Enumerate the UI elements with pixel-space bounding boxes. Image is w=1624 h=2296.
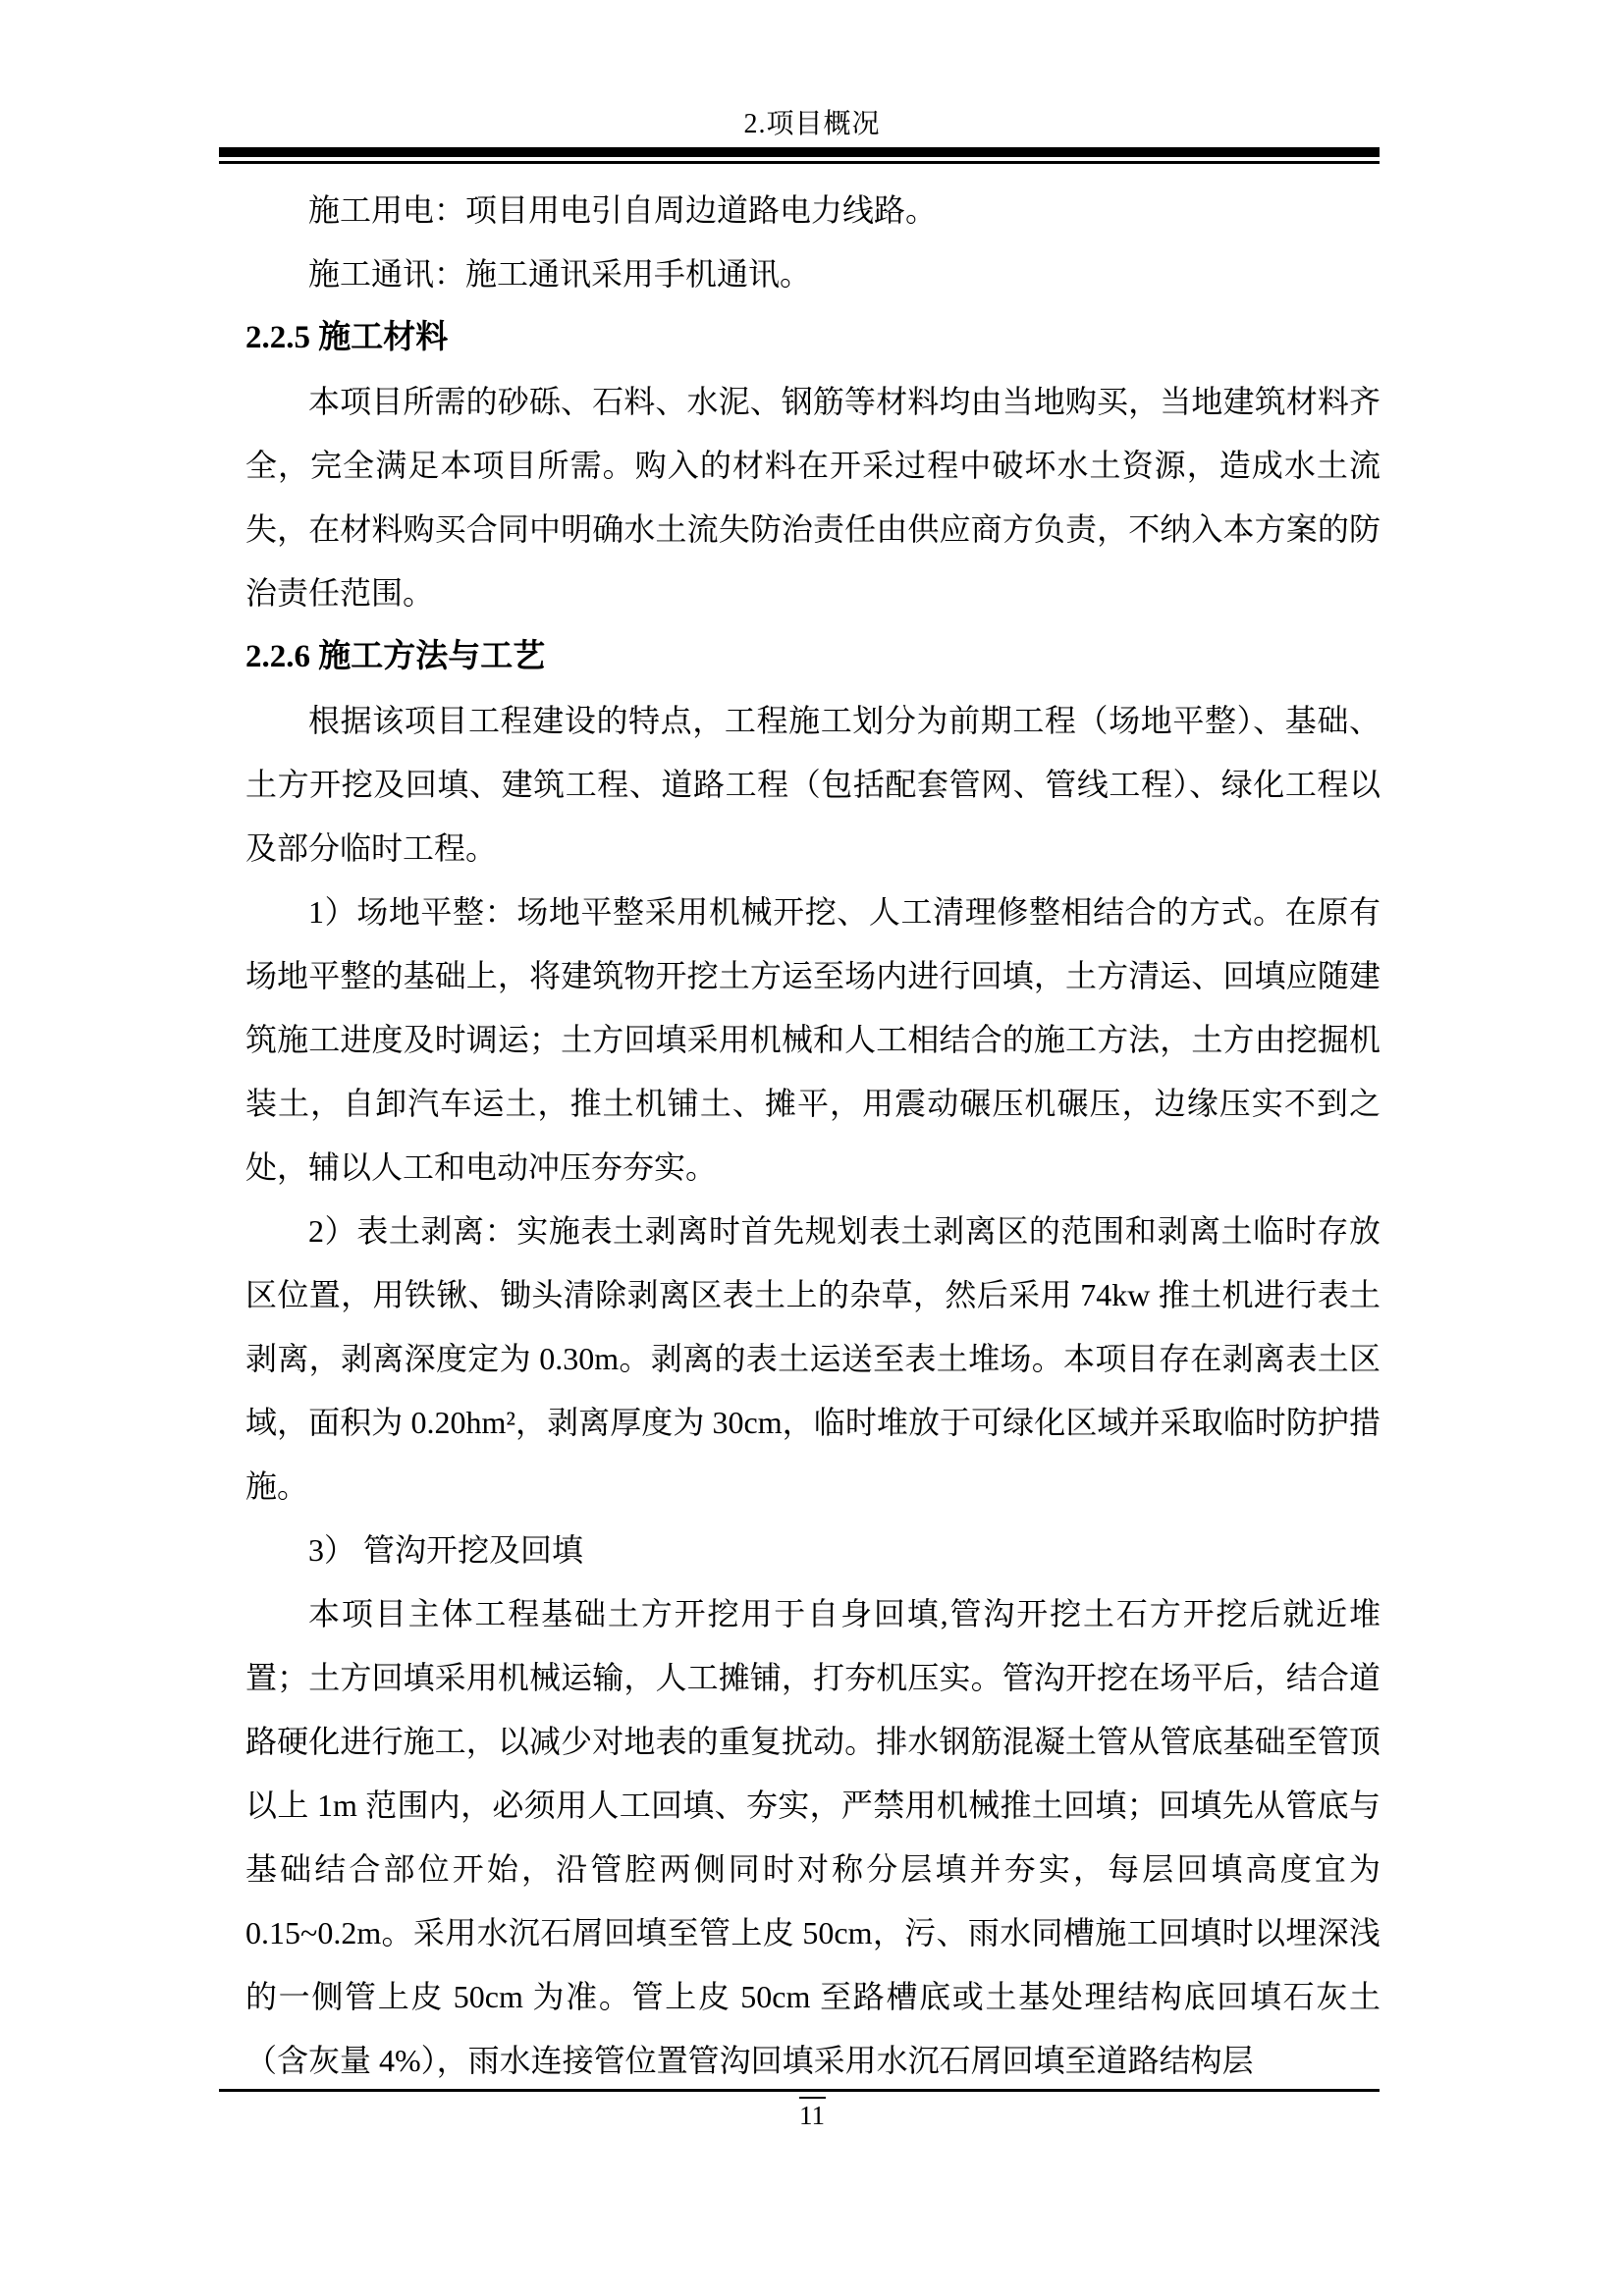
paragraph-pipe-trench-subheading: 3） 管沟开挖及回填 xyxy=(245,1519,1380,1582)
paragraph-construction-communication: 施工通讯：施工通讯采用手机通讯。 xyxy=(245,242,1380,306)
section-heading-2-2-6: 2.2.6 施工方法与工艺 xyxy=(245,625,1380,689)
paragraph-site-leveling: 1）场地平整：场地平整采用机械开挖、人工清理修整相结合的方式。在原有场地平整的基… xyxy=(245,881,1380,1200)
page-header-title: 2.项目概况 xyxy=(0,102,1624,141)
footer-divider xyxy=(219,2089,1380,2092)
paragraph-topsoil-stripping: 2）表土剥离：实施表土剥离时首先规划表土剥离区的范围和剥离土临时存放区位置，用铁… xyxy=(245,1200,1380,1519)
page-number-overline xyxy=(799,2097,826,2099)
page-number: 11 xyxy=(0,2101,1624,2131)
paragraph-construction-materials: 本项目所需的砂砾、石料、水泥、钢筋等材料均由当地购买，当地建筑材料齐全，完全满足… xyxy=(245,370,1380,625)
section-heading-2-2-5: 2.2.5 施工材料 xyxy=(245,306,1380,370)
paragraph-pipe-trench-detail: 本项目主体工程基础土方开挖用于自身回填,管沟开挖土石方开挖后就近堆置；土方回填采… xyxy=(245,1582,1380,2093)
document-page: 2.项目概况 施工用电：项目用电引自周边道路电力线路。 施工通讯：施工通讯采用手… xyxy=(0,0,1624,2296)
document-body: 施工用电：项目用电引自周边道路电力线路。 施工通讯：施工通讯采用手机通讯。 2.… xyxy=(245,179,1380,2093)
header-divider-thick-line xyxy=(219,147,1380,157)
paragraph-construction-method-overview: 根据该项目工程建设的特点，工程施工划分为前期工程（场地平整）、基础、土方开挖及回… xyxy=(245,689,1380,881)
header-divider-thin-line xyxy=(219,161,1380,164)
paragraph-construction-power: 施工用电：项目用电引自周边道路电力线路。 xyxy=(245,179,1380,242)
header-divider xyxy=(219,147,1380,164)
